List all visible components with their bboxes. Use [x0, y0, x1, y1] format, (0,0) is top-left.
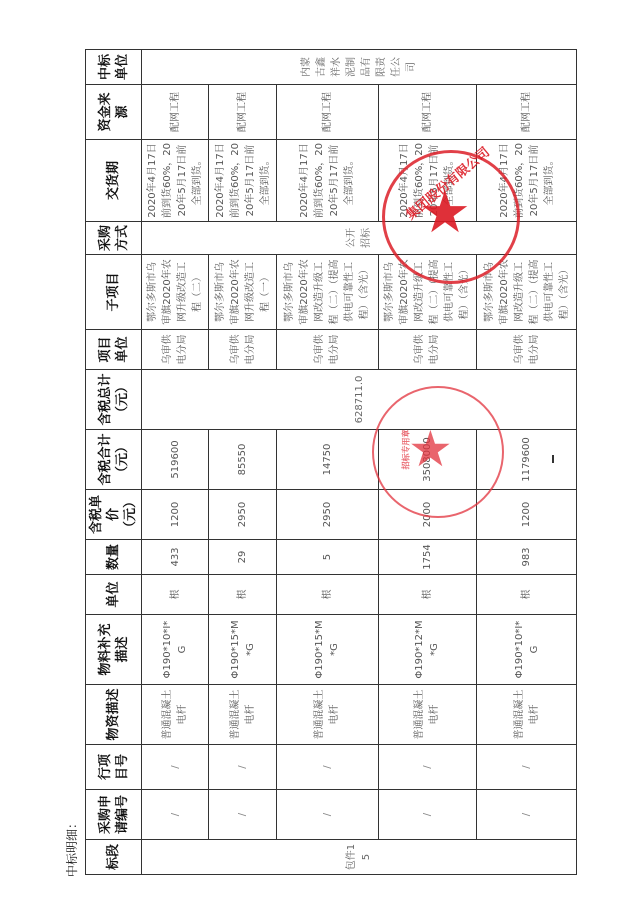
- cell-material-desc: 普通混凝土电杆: [276, 685, 378, 745]
- cell-unit-price: 2950: [209, 490, 276, 540]
- cell-sub-project: 鄂尔多斯市乌审旗2020年农网升级改造工程（二）: [142, 255, 209, 330]
- cell-material-desc: 普通混凝土电杆: [142, 685, 209, 745]
- table-row: //普通混凝土电杆Φ190*15*M*G根29295085550乌审供电分局鄂尔…: [209, 50, 276, 875]
- header-procure-method: 采购方式: [86, 222, 142, 255]
- cell-pr-number: /: [378, 790, 477, 840]
- header-fund-source: 资金来源: [86, 85, 142, 140]
- cell-quantity: 5: [276, 540, 378, 575]
- header-quantity: 数量: [86, 540, 142, 575]
- cell-material-extra: Φ190*12*M*G: [378, 615, 477, 685]
- header-unit: 单位: [86, 575, 142, 615]
- cell-line-item: /: [142, 745, 209, 790]
- cell-material-desc: 普通混凝土电杆: [477, 685, 577, 745]
- cell-delivery: 2020年4月17日前到货60%，2020年5月17日前全部到货。: [209, 140, 276, 222]
- header-material-extra: 物料补充描述: [86, 615, 142, 685]
- cell-unit-price: 1200: [477, 490, 577, 540]
- header-unit-price: 含税单价（元）: [86, 490, 142, 540]
- cell-quantity: 1754: [378, 540, 477, 575]
- cell-material-extra: Φ190*10*I*G: [142, 615, 209, 685]
- header-grand-total: 含税总计（元）: [86, 370, 142, 430]
- cell-line-item: /: [378, 745, 477, 790]
- cell-fund-source: 配网工程: [142, 85, 209, 140]
- cell-project-unit: 乌审供电分局: [209, 330, 276, 370]
- cell-line-item: /: [477, 745, 577, 790]
- header-line-item: 行项目号: [86, 745, 142, 790]
- bid-section-cell: 包件15: [142, 840, 577, 875]
- star-icon: ★: [408, 420, 453, 478]
- cell-line-total: 85550: [209, 430, 276, 490]
- cell-pr-number: /: [209, 790, 276, 840]
- cell-quantity: 29: [209, 540, 276, 575]
- section-label: 中标明细：: [63, 817, 80, 877]
- header-delivery: 交货期: [86, 140, 142, 222]
- cell-unit: 根: [477, 575, 577, 615]
- company-seal: ★ 集团股份有限公司: [382, 150, 520, 284]
- cell-material-extra: Φ190*15*M*G: [276, 615, 378, 685]
- cell-fund-source: 配网工程: [276, 85, 378, 140]
- cell-unit: 根: [209, 575, 276, 615]
- cell-project-unit: 乌审供电分局: [276, 330, 378, 370]
- tender-seal: ★ 招标专用章: [372, 386, 504, 518]
- cell-quantity: 433: [142, 540, 209, 575]
- cell-pr-number: /: [142, 790, 209, 840]
- cell-delivery: 2020年4月17日前到货60%，2020年5月17日前全部到货。: [276, 140, 378, 222]
- header-project-unit: 项目单位: [86, 330, 142, 370]
- cell-fund-source: 配网工程: [209, 85, 276, 140]
- cell-quantity: 983: [477, 540, 577, 575]
- cell-material-desc: 普通混凝土电杆: [378, 685, 477, 745]
- header-row: 标段 采购申请编号 行项目号 物资描述 物料补充描述 单位 数量 含税单价（元）…: [86, 50, 142, 875]
- cell-sub-project: 鄂尔多斯市乌审旗2020年农网升级改造工程（一）: [209, 255, 276, 330]
- cell-material-extra: Φ190*10*I*G: [477, 615, 577, 685]
- cell-sub-project: 鄂尔多斯市乌审旗2020年农网改造升级工程（二）（提高供电可靠性工程）（含光）: [276, 255, 378, 330]
- grand-total-cell: 628711.0: [142, 370, 577, 430]
- cell-pr-number: /: [276, 790, 378, 840]
- header-pr-number: 采购申请编号: [86, 790, 142, 840]
- cell-delivery: 2020年4月17日前到货60%，2020年5月17日前全部到货。: [142, 140, 209, 222]
- header-material-desc: 物资描述: [86, 685, 142, 745]
- cell-line-total: 519600: [142, 430, 209, 490]
- winner-cell: 内蒙古鑫祥水泥制品有限责任公司: [142, 50, 577, 85]
- cell-project-unit: 乌审供电分局: [477, 330, 577, 370]
- cell-project-unit: 乌审供电分局: [378, 330, 477, 370]
- cell-line-item: /: [276, 745, 378, 790]
- cell-unit-price: 1200: [142, 490, 209, 540]
- cell-fund-source: 配网工程: [477, 85, 577, 140]
- tender-seal-text: 招标专用章: [401, 430, 412, 470]
- cell-project-unit: 乌审供电分局: [142, 330, 209, 370]
- table-row: //普通混凝土电杆Φ190*15*M*G根5295014750乌审供电分局鄂尔多…: [276, 50, 378, 875]
- table-row: 包件15//普通混凝土电杆Φ190*10*I*G根433120051960062…: [142, 50, 209, 875]
- header-sub-project: 子项目: [86, 255, 142, 330]
- cell-unit-price: 2950: [276, 490, 378, 540]
- cell-unit: 根: [142, 575, 209, 615]
- header-bid-section: 标段: [86, 840, 142, 875]
- cell-material-extra: Φ190*15*M*G: [209, 615, 276, 685]
- cell-pr-number: /: [477, 790, 577, 840]
- cell-unit: 根: [378, 575, 477, 615]
- header-winner: 中标单位: [86, 50, 142, 85]
- cell-fund-source: 配网工程: [378, 85, 477, 140]
- cell-line-item: /: [209, 745, 276, 790]
- cell-unit: 根: [276, 575, 378, 615]
- header-line-total: 含税合计（元）: [86, 430, 142, 490]
- cell-material-desc: 普通混凝土电杆: [209, 685, 276, 745]
- page-mark: [552, 455, 554, 463]
- cell-line-total: 14750: [276, 430, 378, 490]
